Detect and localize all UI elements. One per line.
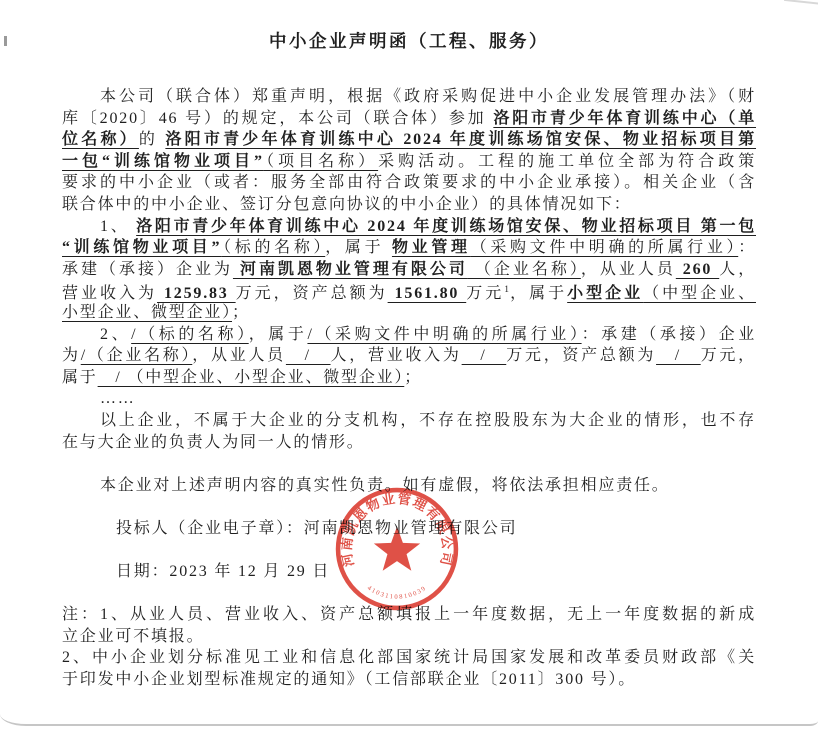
document-line: 库〔2020〕46 号）的规定，本公司（联合体）参加 洛阳市青少年体育训练中心（…	[62, 108, 756, 130]
blank-line	[62, 539, 756, 561]
blank-line	[62, 453, 756, 475]
page-left-edge-mark	[4, 36, 7, 46]
document-line: 位名称）的 洛阳市青少年体育训练中心 2024 年度训练场馆安保、物业招标项目第	[62, 129, 756, 151]
document-line: 注：1、从业人员、营业收入、资产总额填报上一年度数据，无上一年度数据的新成	[62, 604, 756, 626]
scanned-document: { "doc": { "title": "中小企业声明函（工程、服务）", "c…	[0, 0, 818, 729]
document-line: 日期：2023 年 12 月 29 日	[62, 561, 756, 583]
document-line: 要求的中小企业（或者：服务全部由符合政策要求的中小企业承接）。相关企业（含	[62, 172, 756, 194]
blank-line	[62, 496, 756, 518]
document-line: 以上企业，不属于大企业的分支机构，不存在控股股东为大企业的情形，也不存	[62, 410, 756, 432]
document-line: 于印发中小企业划型标准规定的通知》（工信部联企业〔2011〕300 号）。	[62, 669, 756, 691]
document-line: 在与大企业的负责人为同一人的情形。	[62, 432, 756, 454]
document-line: 2、/（标的名称），属于/（采购文件中明确的所属行业）：承建（承接）企业	[62, 324, 756, 346]
document-line: 本企业对上述声明内容的真实性负责。如有虚假，将依法承担相应责任。	[62, 475, 756, 497]
document-line: 2、中小企业划分标准见工业和信息化部国家统计局国家发展和改革委员财政部《关	[62, 647, 756, 669]
document-title: 中小企业声明函（工程、服务）	[0, 28, 818, 53]
document-line: 1、 洛阳市青少年体育训练中心 2024 年度训练场馆安保、物业招标项目 第一包	[62, 216, 756, 238]
document-line: 为/（企业名称），从业人员 / 人，营业收入为 / 万元，资产总额为 / 万元，	[62, 345, 756, 367]
page-top-right-edge	[784, 0, 818, 5]
document-line: 属于 / （中型企业、小型企业、微型企业）；	[62, 367, 756, 389]
document-line: 营业收入为 1259.83 万元，资产总额为 1561.80 万元1，属于小型企…	[62, 280, 756, 302]
document-line: ……	[62, 388, 756, 410]
document-line: 一包“训练馆物业项目”（项目名称）采购活动。工程的施工单位全部为符合政策	[62, 151, 756, 173]
document-line: 小型企业、微型企业）；	[62, 302, 756, 324]
document-body: 本公司（联合体）郑重声明，根据《政府采购促进中小企业发展管理办法》（财库〔202…	[62, 86, 756, 691]
document-line: 本公司（联合体）郑重声明，根据《政府采购促进中小企业发展管理办法》（财	[62, 86, 756, 108]
document-line: “训练馆物业项目”（标的名称），属于 物业管理（采购文件中明确的所属行业）：	[62, 237, 756, 259]
blank-line	[62, 583, 756, 605]
document-line: 立企业可不填报。	[62, 626, 756, 648]
document-line: 投标人（企业电子章）：河南凯恩物业管理有限公司	[62, 518, 756, 540]
document-line: 承建（承接）企业为 河南凯恩物业管理有限公司 （企业名称），从业人员 260 人…	[62, 259, 756, 281]
page-bottom-edge	[0, 708, 818, 726]
document-line: 联合体中的中小企业、签订分包意向协议的中小企业）的具体情况如下：	[62, 194, 756, 216]
